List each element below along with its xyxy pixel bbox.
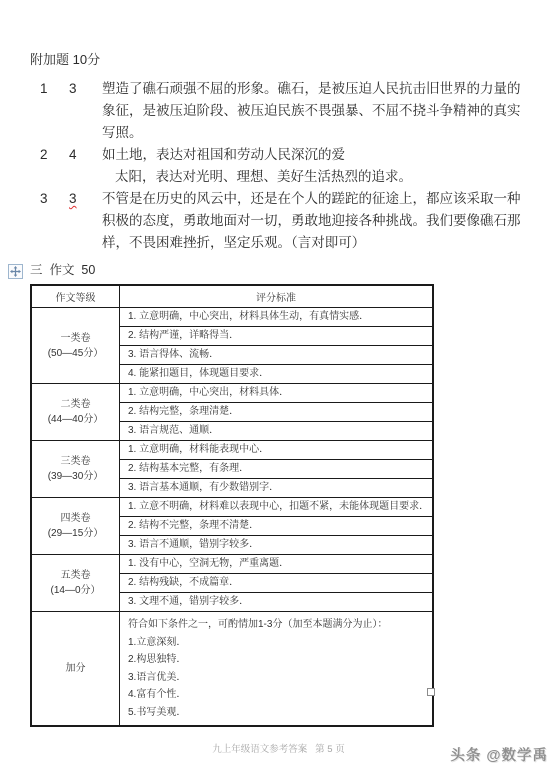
spellcheck-squiggle-score: 3: [69, 191, 77, 206]
item-number: 3: [40, 188, 69, 254]
criteria-cell: 3. 文理不通，错别字较多．: [120, 593, 434, 612]
bonus-item: 1.立意深刻．: [128, 634, 429, 652]
bonus-item: 3.语言优美．: [128, 669, 429, 687]
level-name: 二类卷: [33, 397, 118, 412]
criteria-cell: 2. 结构残缺，不成篇章．: [120, 574, 434, 593]
level-range: (44—40分）: [33, 412, 118, 427]
level-name: 一类卷: [33, 331, 118, 346]
table-header-row: 作文等级 评分标准: [31, 285, 433, 308]
level-cell-grade3: 三类卷 (39—30分）: [31, 441, 120, 498]
answer-item-3: 3 3 不管是在历史的风云中，还是在个人的蹉跎的征途上，都应该采取一种积极的态度…: [30, 188, 527, 254]
answer-item-1: 1 3 塑造了礁石顽强不屈的形象。礁石，是被压迫人民抗击旧世界的力量的象征，是被…: [30, 78, 527, 144]
level-cell-grade1: 一类卷 (50—45分）: [31, 308, 120, 384]
level-name: 五类卷: [33, 568, 118, 583]
table-move-handle[interactable]: [8, 264, 23, 279]
bonus-intro: 符合如下条件之一，可酌情加1-3分（加至本题满分为止）：: [128, 616, 429, 634]
criteria-cell: 1. 没有中心，空洞无物，严重离题．: [120, 555, 434, 574]
item-number: 2: [40, 144, 69, 188]
level-cell-grade5: 五类卷 (14—0分）: [31, 555, 120, 612]
item-number: 1: [40, 78, 69, 144]
criteria-cell: 2. 结构基本完整，有条理．: [120, 460, 434, 479]
item-answer-text: 塑造了礁石顽强不屈的形象。礁石，是被压迫人民抗击旧世界的力量的象征，是被压迫阶段…: [102, 78, 524, 144]
level-cell-grade2: 二类卷 (44—40分）: [31, 384, 120, 441]
criteria-cell: 3. 语言基本通顺，有少数错别字．: [120, 479, 434, 498]
header-grading-criteria: 评分标准: [120, 285, 434, 308]
essay-grading-table: 作文等级 评分标准 一类卷 (50—45分） 1. 立意明确，中心突出，材料具体…: [30, 284, 434, 727]
criteria-cell: 3. 语言不通顺，错别字较多．: [120, 536, 434, 555]
criteria-cell: 1. 立意明确，中心突出，材料具体．: [120, 384, 434, 403]
item-score: 3: [69, 78, 102, 144]
answer-item-2: 2 4 如土地，表达对祖国和劳动人民深沉的爱 太阳，表达对光明、理想、美好生活热…: [30, 144, 527, 188]
level-range: (39—30分）: [33, 469, 118, 484]
item-score: 3: [69, 188, 102, 254]
level-range: (29—15分）: [33, 526, 118, 541]
criteria-cell: 1. 立意明确，中心突出，材料具体生动，有真情实感．: [120, 308, 434, 327]
bonus-criteria-cell: 符合如下条件之一，可酌情加1-3分（加至本题满分为止）： 1.立意深刻． 2.构…: [120, 612, 434, 727]
answer-items: 1 3 塑造了礁石顽强不屈的形象。礁石，是被压迫人民抗击旧世界的力量的象征，是被…: [30, 78, 527, 254]
criteria-cell: 3. 语言得体、流畅．: [120, 346, 434, 365]
document-page: 附加题 10分 1 3 塑造了礁石顽强不屈的形象。礁石，是被压迫人民抗击旧世界的…: [0, 0, 557, 774]
composition-section-title: 三 作文 50: [30, 262, 527, 279]
level-range: (50—45分）: [33, 346, 118, 361]
criteria-cell: 4. 能紧扣题目，体现题目要求．: [120, 365, 434, 384]
criteria-cell: 2. 结构不完整，条理不清楚．: [120, 517, 434, 536]
item-score: 4: [69, 144, 102, 188]
level-name: 加分: [33, 661, 118, 676]
level-range: (14—0分）: [33, 583, 118, 598]
criteria-cell: 2. 结构严谨，详略得当．: [120, 327, 434, 346]
item-answer-text: 如土地，表达对祖国和劳动人民深沉的爱 太阳，表达对光明、理想、美好生活热烈的追求…: [102, 144, 524, 188]
four-way-move-arrow-icon: [10, 266, 21, 277]
item-answer-line-1: 如土地，表达对祖国和劳动人民深沉的爱: [102, 144, 524, 166]
bonus-item: 4.富有个性．: [128, 686, 429, 704]
table-row: 五类卷 (14—0分） 1. 没有中心，空洞无物，严重离题．: [31, 555, 433, 574]
addendum-title: 附加题 10分: [30, 50, 527, 70]
level-name: 三类卷: [33, 454, 118, 469]
item-answer-line-2: 太阳，表达对光明、理想、美好生活热烈的追求。: [102, 166, 524, 188]
bonus-item: 2.构思独特．: [128, 651, 429, 669]
table-row: 加分 符合如下条件之一，可酌情加1-3分（加至本题满分为止）： 1.立意深刻． …: [31, 612, 433, 727]
page-content: 附加题 10分 1 3 塑造了礁石顽强不屈的形象。礁石，是被压迫人民抗击旧世界的…: [30, 50, 527, 727]
table-row: 四类卷 (29—15分） 1. 立意不明确，材料难以表现中心，扣题不紧，未能体现…: [31, 498, 433, 517]
criteria-cell: 3. 语言规范、通顺．: [120, 422, 434, 441]
table-row: 一类卷 (50—45分） 1. 立意明确，中心突出，材料具体生动，有真情实感．: [31, 308, 433, 327]
table-row: 二类卷 (44—40分） 1. 立意明确，中心突出，材料具体．: [31, 384, 433, 403]
criteria-cell: 2. 结构完整，条理清楚．: [120, 403, 434, 422]
criteria-cell: 1. 立意不明确，材料难以表现中心，扣题不紧，未能体现题目要求．: [120, 498, 434, 517]
level-name: 四类卷: [33, 511, 118, 526]
level-cell-grade4: 四类卷 (29—15分）: [31, 498, 120, 555]
header-essay-level: 作文等级: [31, 285, 120, 308]
criteria-cell: 1. 立意明确，材料能表现中心．: [120, 441, 434, 460]
level-cell-bonus: 加分: [31, 612, 120, 727]
item-answer-text: 不管是在历史的风云中，还是在个人的蹉跎的征途上，都应该采取一种积极的态度，勇敢地…: [102, 188, 524, 254]
table-row: 三类卷 (39—30分） 1. 立意明确，材料能表现中心．: [31, 441, 433, 460]
table-resize-handle[interactable]: [427, 688, 435, 696]
toutiao-watermark: 头条 @数学禹: [450, 744, 548, 765]
bonus-item: 5.书写美观．: [128, 704, 429, 722]
